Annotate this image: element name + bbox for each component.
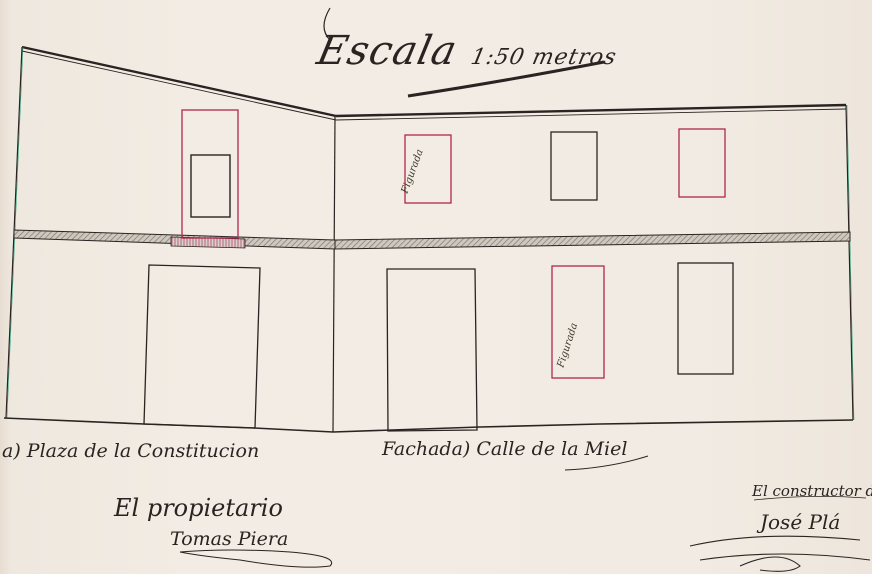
wall-right-edge — [846, 105, 853, 420]
drawing-title: Escala1:50 metros — [313, 28, 623, 74]
roof-line-left — [22, 47, 336, 120]
facade-label-plaza: a) Plaza de la Constitucion — [2, 440, 259, 462]
facade-elevation-drawing — [0, 0, 872, 574]
window-upper-left — [191, 155, 230, 217]
door-lower-left — [144, 265, 260, 428]
builder-signature: José Plá — [760, 510, 840, 534]
builder-title: El constructor de C — [752, 482, 872, 500]
owner-title: El propietario — [114, 494, 283, 522]
title-word: Escala — [313, 28, 461, 74]
owner-flourish — [180, 550, 332, 567]
owner-signature: Tomas Piera — [170, 528, 288, 550]
floor-band-right — [335, 232, 850, 249]
window-upper-right-2 — [551, 132, 597, 200]
facade-label-calle: Fachada) Calle de la Miel — [382, 438, 627, 460]
roof-line-right — [336, 105, 846, 120]
builder-flourish — [690, 536, 870, 571]
door-lower-right — [387, 269, 477, 431]
window-upper-right-3 — [679, 129, 725, 197]
window-lower-right-far — [678, 263, 733, 374]
scale-label: 1:50 metros — [469, 45, 619, 70]
wall-corner — [333, 116, 335, 432]
